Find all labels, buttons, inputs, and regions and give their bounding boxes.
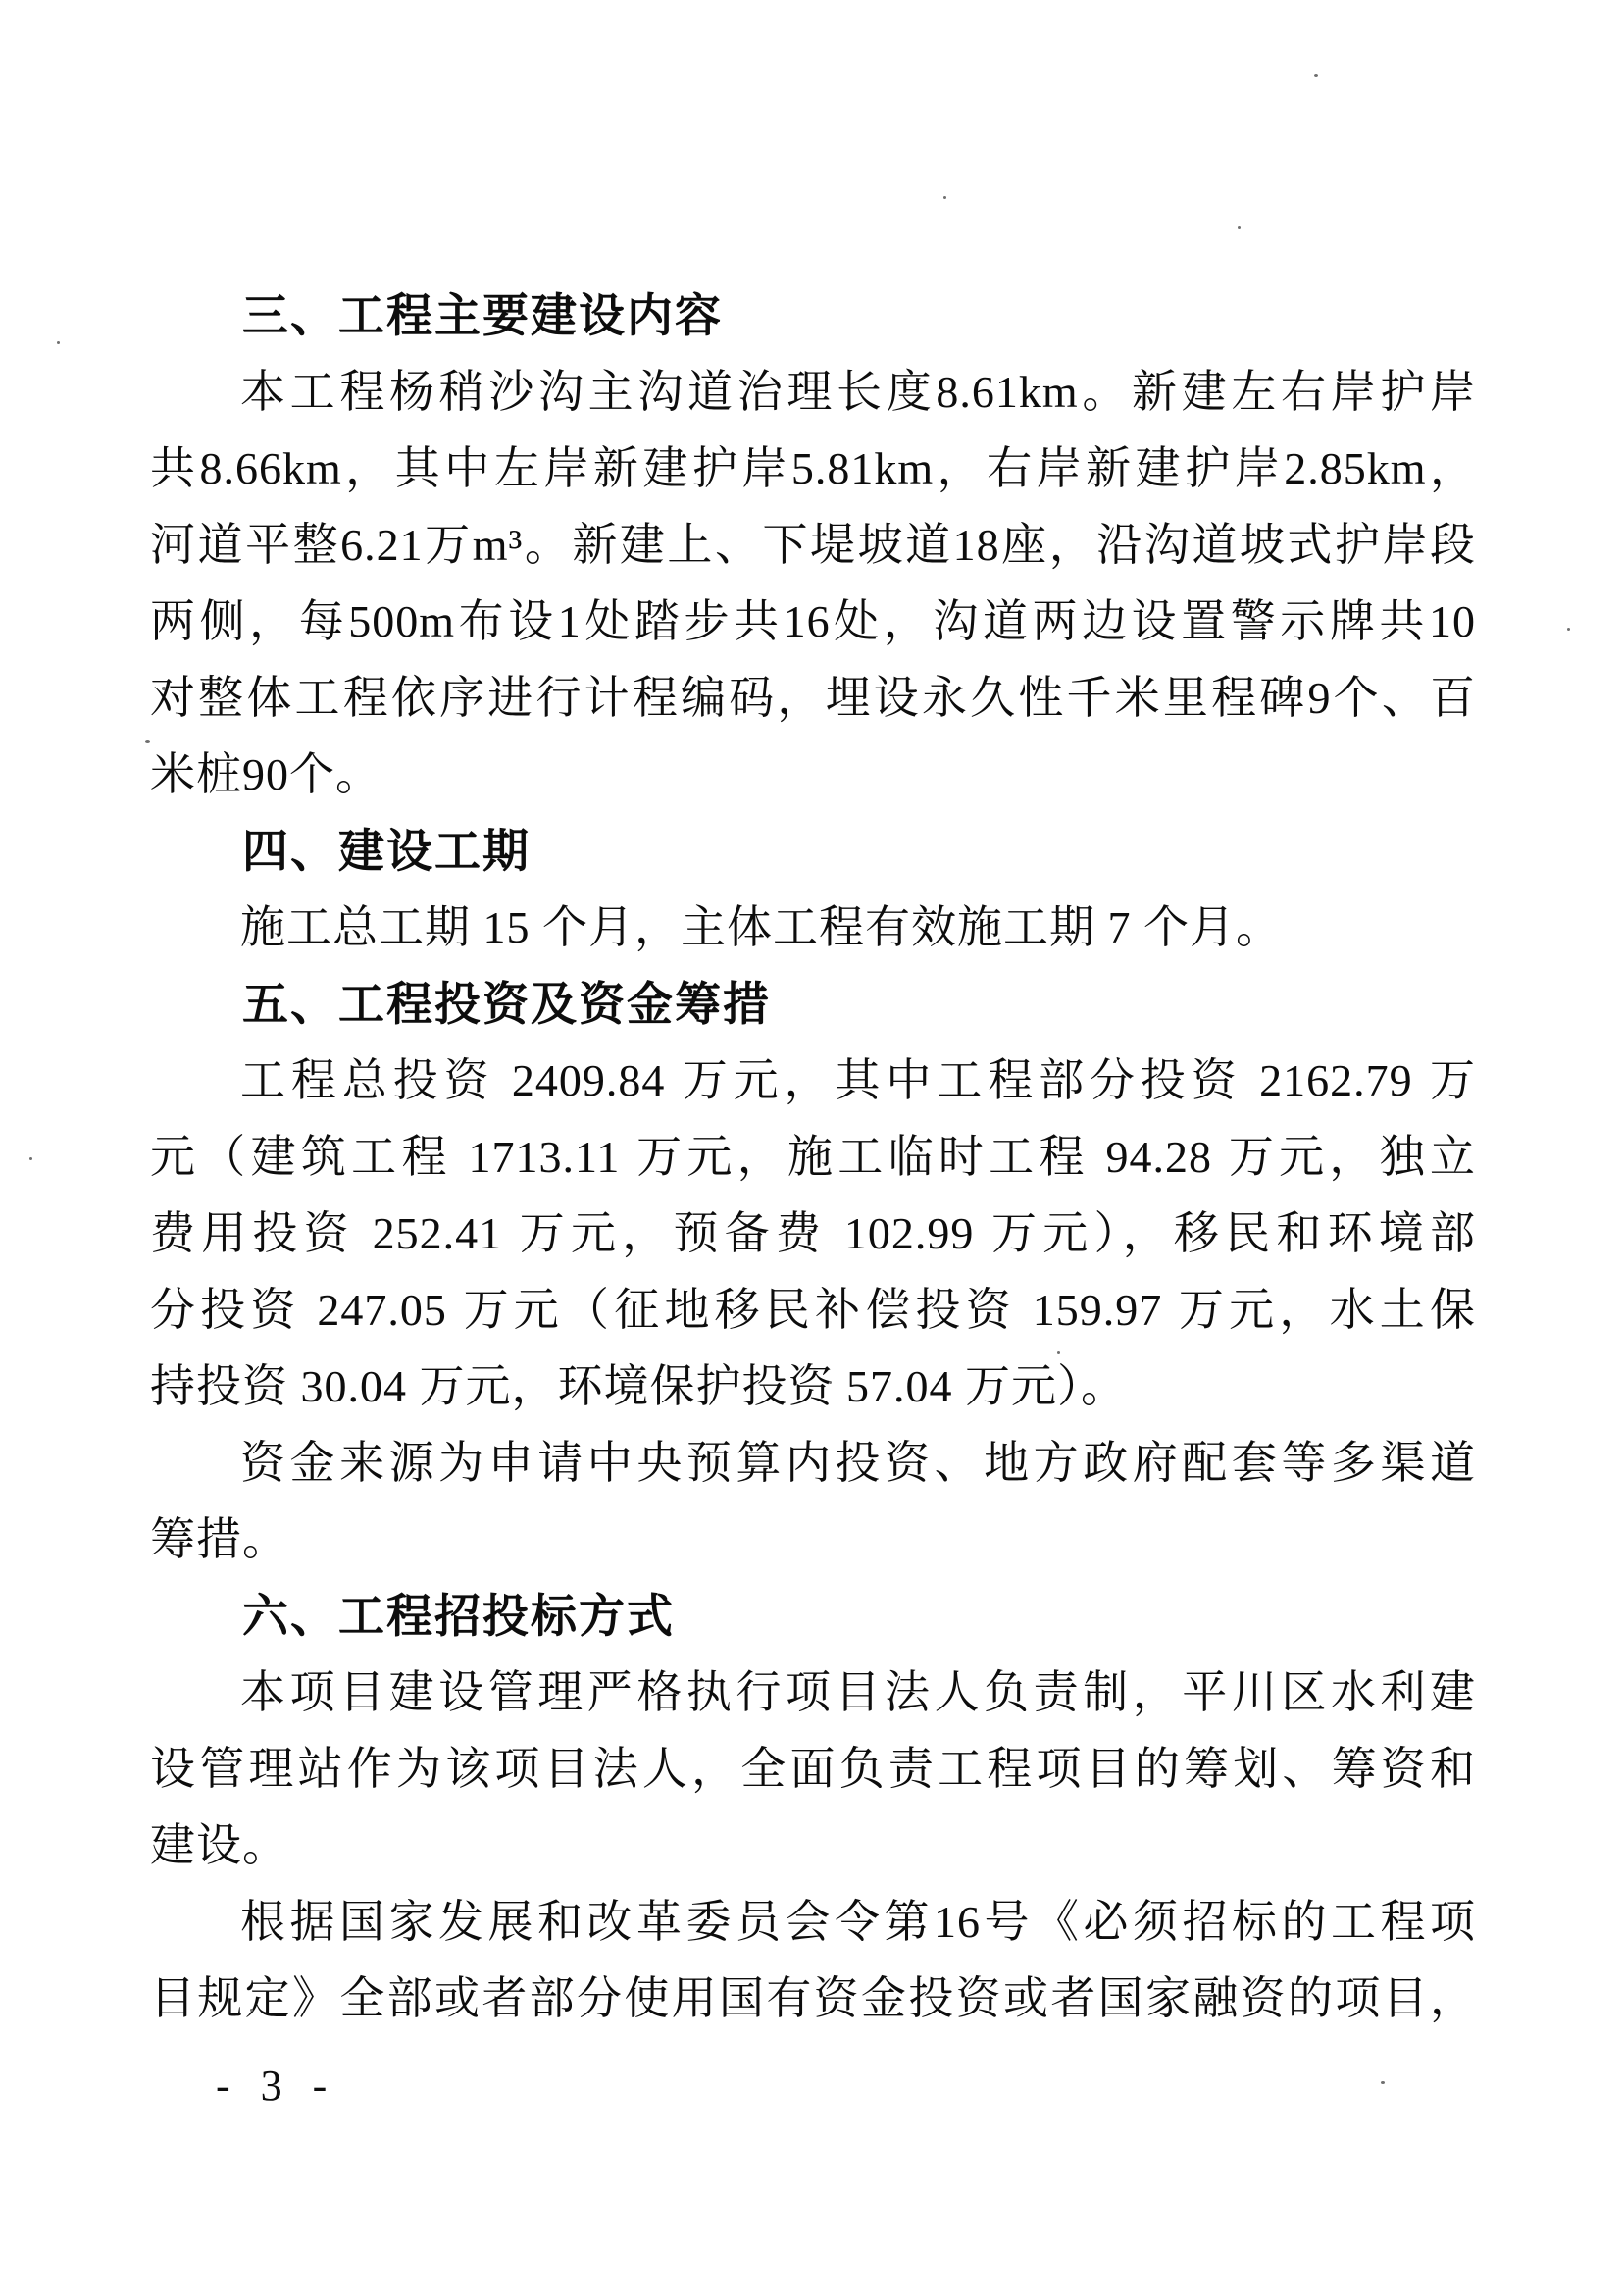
text-line: 筹措。 xyxy=(150,1502,1476,1578)
scan-artifact-dot xyxy=(250,2009,253,2012)
section-heading-construction-content: 三、工程主要建设内容 xyxy=(150,278,1476,354)
text-line: 设管理站作为该项目法人，全面负责工程项目的筹划、筹资和 xyxy=(150,1731,1476,1808)
text-line: 资金来源为申请中央预算内投资、地方政府配套等多渠道 xyxy=(150,1425,1476,1502)
text-line: 施工总工期 15 个月，主体工程有效施工期 7 个月。 xyxy=(150,890,1476,966)
scan-artifact-dot xyxy=(1381,2081,1385,2084)
text-line: 目规定》全部或者部分使用国有资金投资或者国家融资的项目， xyxy=(150,1961,1476,2037)
scan-artifact-dot xyxy=(1314,74,1318,77)
text-line: 元（建筑工程 1713.11 万元，施工临时工程 94.28 万元，独立 xyxy=(150,1119,1476,1196)
text-line: 共8.66km，其中左岸新建护岸5.81km，右岸新建护岸2.85km， xyxy=(150,431,1476,507)
document-page: 三、工程主要建设内容 本工程杨稍沙沟主沟道治理长度8.61km。新建左右岸护岸 … xyxy=(0,0,1624,2293)
text-line: 本项目建设管理严格执行项目法人负责制，平川区水利建 xyxy=(150,1655,1476,1731)
section-heading-bidding-method: 六、工程招投标方式 xyxy=(150,1578,1476,1655)
scan-artifact-dot xyxy=(162,687,166,690)
scan-artifact-dot xyxy=(1057,1351,1060,1354)
text-line: 河道平整6.21万m³。新建上、下堤坡道18座，沿沟道坡式护岸段 xyxy=(150,507,1476,584)
section-heading-construction-period: 四、建设工期 xyxy=(150,813,1476,890)
section-heading-investment-funding: 五、工程投资及资金筹措 xyxy=(150,966,1476,1043)
scan-artifact-dot xyxy=(829,1381,832,1384)
document-body: 三、工程主要建设内容 本工程杨稍沙沟主沟道治理长度8.61km。新建左右岸护岸 … xyxy=(150,278,1476,2037)
text-line: 建设。 xyxy=(150,1808,1476,1884)
scan-artifact-dot xyxy=(57,341,60,344)
scan-artifact-dot xyxy=(1567,628,1570,631)
page-number: - 3 - xyxy=(216,2048,336,2124)
text-line: 本工程杨稍沙沟主沟道治理长度8.61km。新建左右岸护岸 xyxy=(150,354,1476,431)
text-line: 工程总投资 2409.84 万元，其中工程部分投资 2162.79 万 xyxy=(150,1043,1476,1119)
text-line: 费用投资 252.41 万元，预备费 102.99 万元），移民和环境部 xyxy=(150,1196,1476,1272)
text-line: 根据国家发展和改革委员会令第16号《必须招标的工程项 xyxy=(150,1884,1476,1961)
text-line: 对整体工程依序进行计程编码，埋设永久性千米里程碑9个、百 xyxy=(150,660,1476,737)
scan-artifact-dot xyxy=(1238,226,1241,229)
scan-artifact-dot xyxy=(943,196,946,199)
text-line: 分投资 247.05 万元（征地移民补偿投资 159.97 万元，水土保 xyxy=(150,1272,1476,1349)
text-line: 两侧，每500m布设1处踏步共16处，沟道两边设置警示牌共10个， xyxy=(150,584,1476,660)
scan-artifact-dot xyxy=(29,1157,32,1160)
text-line: 持投资 30.04 万元，环境保护投资 57.04 万元）。 xyxy=(150,1349,1476,1425)
text-line: 米桩90个。 xyxy=(150,737,1476,813)
scan-artifact-dot xyxy=(145,740,150,743)
